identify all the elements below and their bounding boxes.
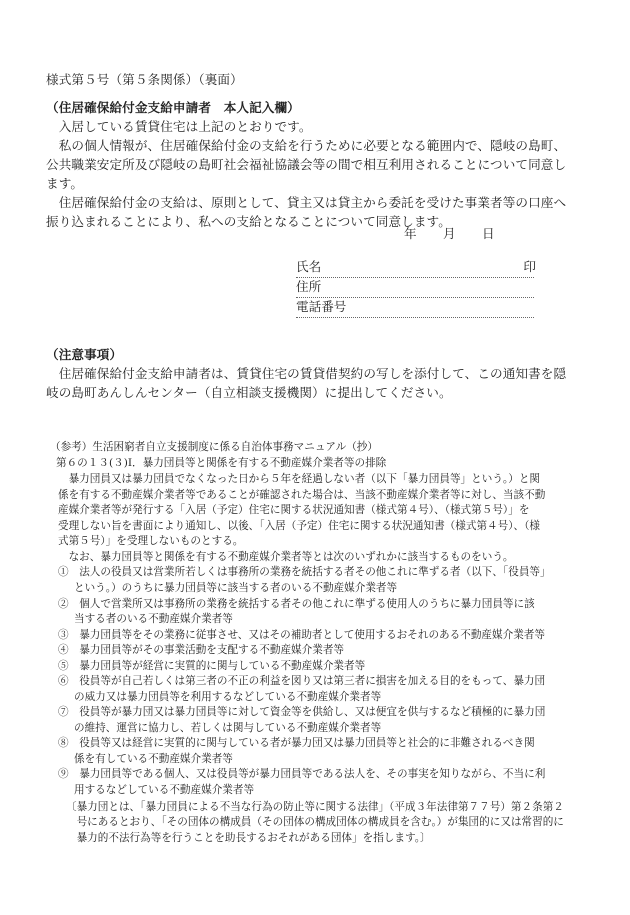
item-text: 役員等が暴力団又は暴力団員等に対して資金等を供給し、又は便宜を供与するなど積極的… bbox=[79, 706, 545, 718]
item-text: 法人の役員又は営業所若しくは事務所の業務を統括する者その他これに準ずる者（以下、… bbox=[79, 566, 550, 578]
reference-item-7: ⑦ 役員等が暴力団又は暴力団員等に対して資金等を供給し、又は便宜を供与するなど積… bbox=[58, 705, 545, 721]
reference-item-1-cont: という。）のうちに暴力団員等に該当する者のいる不動産媒介業者等 bbox=[74, 581, 397, 597]
item-marker: ⑥ bbox=[58, 675, 69, 687]
document-page: 様式第５号（第５条関係）（裏面） （住居確保給付金支給申請者 本人記入欄） 入居… bbox=[0, 0, 630, 915]
reference-item-2-cont: 当する者のいる不動産媒介業者等 bbox=[74, 612, 233, 628]
item-text: 暴力団員等をその業務に従事させ、又はその補助者として使用するおそれのある不動産媒… bbox=[79, 629, 545, 641]
reference-title: （参考）生活困窮者自立支援制度に係る自治体事務マニュアル（抄） bbox=[50, 440, 378, 456]
item-text: 役員等が自己若しくは第三者の不正の利益を図り又は第三者に損害を加える目的をもって… bbox=[79, 675, 545, 687]
applicant-line-1: 入居している賃貸住宅は上記のとおりです。 bbox=[46, 117, 606, 136]
reference-item-6: ⑥ 役員等が自己若しくは第三者の不正の利益を図り又は第三者に損害を加える目的をも… bbox=[58, 674, 545, 690]
reference-item-1: ① 法人の役員又は営業所若しくは事務所の業務を統括する者その他これに準ずる者（以… bbox=[58, 565, 551, 581]
reference-item-6-cont: の威力又は暴力団員等を利用するなどしている不動産媒介業者等 bbox=[74, 690, 381, 706]
item-text: 暴力団員等である個人、又は役員等が暴力団員等である法人を、その事実を知りながら、… bbox=[79, 768, 545, 780]
notes-line-2: 岐の島町あんしんセンター（自立相談支援機関）に提出してください。 bbox=[46, 383, 606, 402]
form-identifier: 様式第５号（第５条関係）（裏面） bbox=[46, 70, 243, 89]
reference-item-5: ⑤ 暴力団員等が経営に実質的に関与している不動産媒介業者等 bbox=[58, 659, 365, 675]
item-marker: ④ bbox=[58, 644, 69, 656]
name-field[interactable]: 氏名 印 bbox=[296, 258, 534, 278]
applicant-line-4: ます。 bbox=[46, 174, 606, 193]
reference-intro-line-2: 係を有する不動産媒介業者等であることが確認された場合は、当該不動産媒介業者等に対… bbox=[58, 488, 545, 504]
reference-item-4: ④ 暴力団員等がその事業活動を支配する不動産媒介業者等 bbox=[58, 643, 344, 659]
footnote-line-3: 暴力的不法行為等を行うことを助長するおそれがある団体」を指します。〕 bbox=[66, 831, 431, 847]
applicant-line-2: 私の個人情報が、住居確保給付金の支給を行うために必要となる範囲内で、隠岐の島町、 bbox=[46, 136, 606, 155]
applicant-line-5: 住居確保給付金の支給は、原則として、貸主又は貸主から委託を受けた事業者等の口座へ bbox=[46, 193, 606, 212]
applicant-line-6: 振り込まれることにより、私への支給となることについて同意します。 bbox=[46, 212, 606, 231]
reference-item-7-cont: の維持、運営に協力し、若しくは関与している不動産媒介業者等 bbox=[74, 721, 381, 737]
footnote-line-2: 号にあるとおり、「その団体の構成員（その団体の構成団体の構成員を含む。）が集団的… bbox=[66, 815, 564, 831]
item-text: 暴力団員等がその事業活動を支配する不動産媒介業者等 bbox=[79, 644, 344, 656]
reference-item-8: ⑧ 役員等又は経営に実質的に関与している者が暴力団又は暴力団員等と社会的に非難さ… bbox=[58, 736, 535, 752]
reference-item-2: ② 個人で営業所又は事務所の業務を統括する者その他これに準ずる使用人のうちに暴力… bbox=[58, 597, 535, 613]
address-field[interactable]: 住所 bbox=[296, 278, 534, 298]
reference-intro-line-6: なお、暴力団員等と関係を有する不動産媒介業者等とは次のいずれかに該当するものをい… bbox=[58, 550, 514, 566]
name-label: 氏名 bbox=[296, 259, 321, 274]
seal-mark: 印 bbox=[523, 258, 536, 276]
item-marker: ① bbox=[58, 566, 69, 578]
item-marker: ③ bbox=[58, 629, 69, 641]
reference-intro-line-3: 産媒介業者等が発行する「入居（予定）住宅に関する状況通知書（様式第４号）、（様式… bbox=[58, 503, 529, 519]
item-text: 個人で営業所又は事務所の業務を統括する者その他これに準ずる使用人のうちに暴力団員… bbox=[79, 598, 535, 610]
reference-intro-line-5: 式第５号）」を受理しないものとする。 bbox=[58, 534, 243, 550]
signature-block: 氏名 印 住所 電話番号 bbox=[296, 258, 534, 318]
item-marker: ⑤ bbox=[58, 660, 69, 672]
item-text: 暴力団員等が経営に実質的に関与している不動産媒介業者等 bbox=[79, 660, 365, 672]
item-marker: ⑦ bbox=[58, 706, 69, 718]
date-day-label: 日 bbox=[482, 224, 495, 243]
address-label: 住所 bbox=[296, 279, 321, 294]
phone-field[interactable]: 電話番号 bbox=[296, 298, 534, 318]
item-marker: ⑧ bbox=[58, 737, 69, 749]
reference-intro-line-1: 暴力団員又は暴力団員でなくなった日から５年を経過しない者（以下「暴力団員等」とい… bbox=[58, 472, 540, 488]
item-marker: ② bbox=[58, 598, 69, 610]
applicant-line-3: 公共職業安定所及び隠岐の島町社会福祉協議会等の間で相互利用されることについて同意… bbox=[46, 155, 606, 174]
item-text: 役員等又は経営に実質的に関与している者が暴力団又は暴力団員等と社会的に非難される… bbox=[79, 737, 535, 749]
reference-item-9: ⑨ 暴力団員等である個人、又は役員等が暴力団員等である法人を、その事実を知りなが… bbox=[58, 767, 545, 783]
date-month-label: 月 bbox=[443, 224, 456, 243]
reference-item-3: ③ 暴力団員等をその業務に従事させ、又はその補助者として使用するおそれのある不動… bbox=[58, 628, 545, 644]
phone-label: 電話番号 bbox=[296, 299, 346, 314]
applicant-section-title: （住居確保給付金支給申請者 本人記入欄） bbox=[46, 98, 300, 117]
reference-intro-line-4: 受理しない旨を書面により通知し、以後、「入居（予定）住宅に関する状況通知書（様式… bbox=[58, 519, 540, 535]
footnote-line-1: 〔暴力団とは、「暴力団員による不当な行為の防止等に関する法律」（平成３年法律第７… bbox=[66, 800, 564, 816]
reference-subtitle: 第６の１３(３)Ⅰ．暴力団員等と関係を有する不動産媒介業者等の排除 bbox=[56, 456, 386, 472]
notes-section-title: （注意事項） bbox=[46, 345, 122, 364]
date-year-label: 年 bbox=[404, 224, 417, 243]
reference-item-9-cont: 用するなどしている不動産媒介業者等 bbox=[74, 783, 254, 799]
notes-line-1: 住居確保給付金支給申請者は、賃貸住宅の賃貸借契約の写しを添付して、この通知書を隠 bbox=[46, 364, 606, 383]
reference-item-8-cont: 係を有している不動産媒介業者等 bbox=[74, 752, 233, 768]
item-marker: ⑨ bbox=[58, 768, 69, 780]
